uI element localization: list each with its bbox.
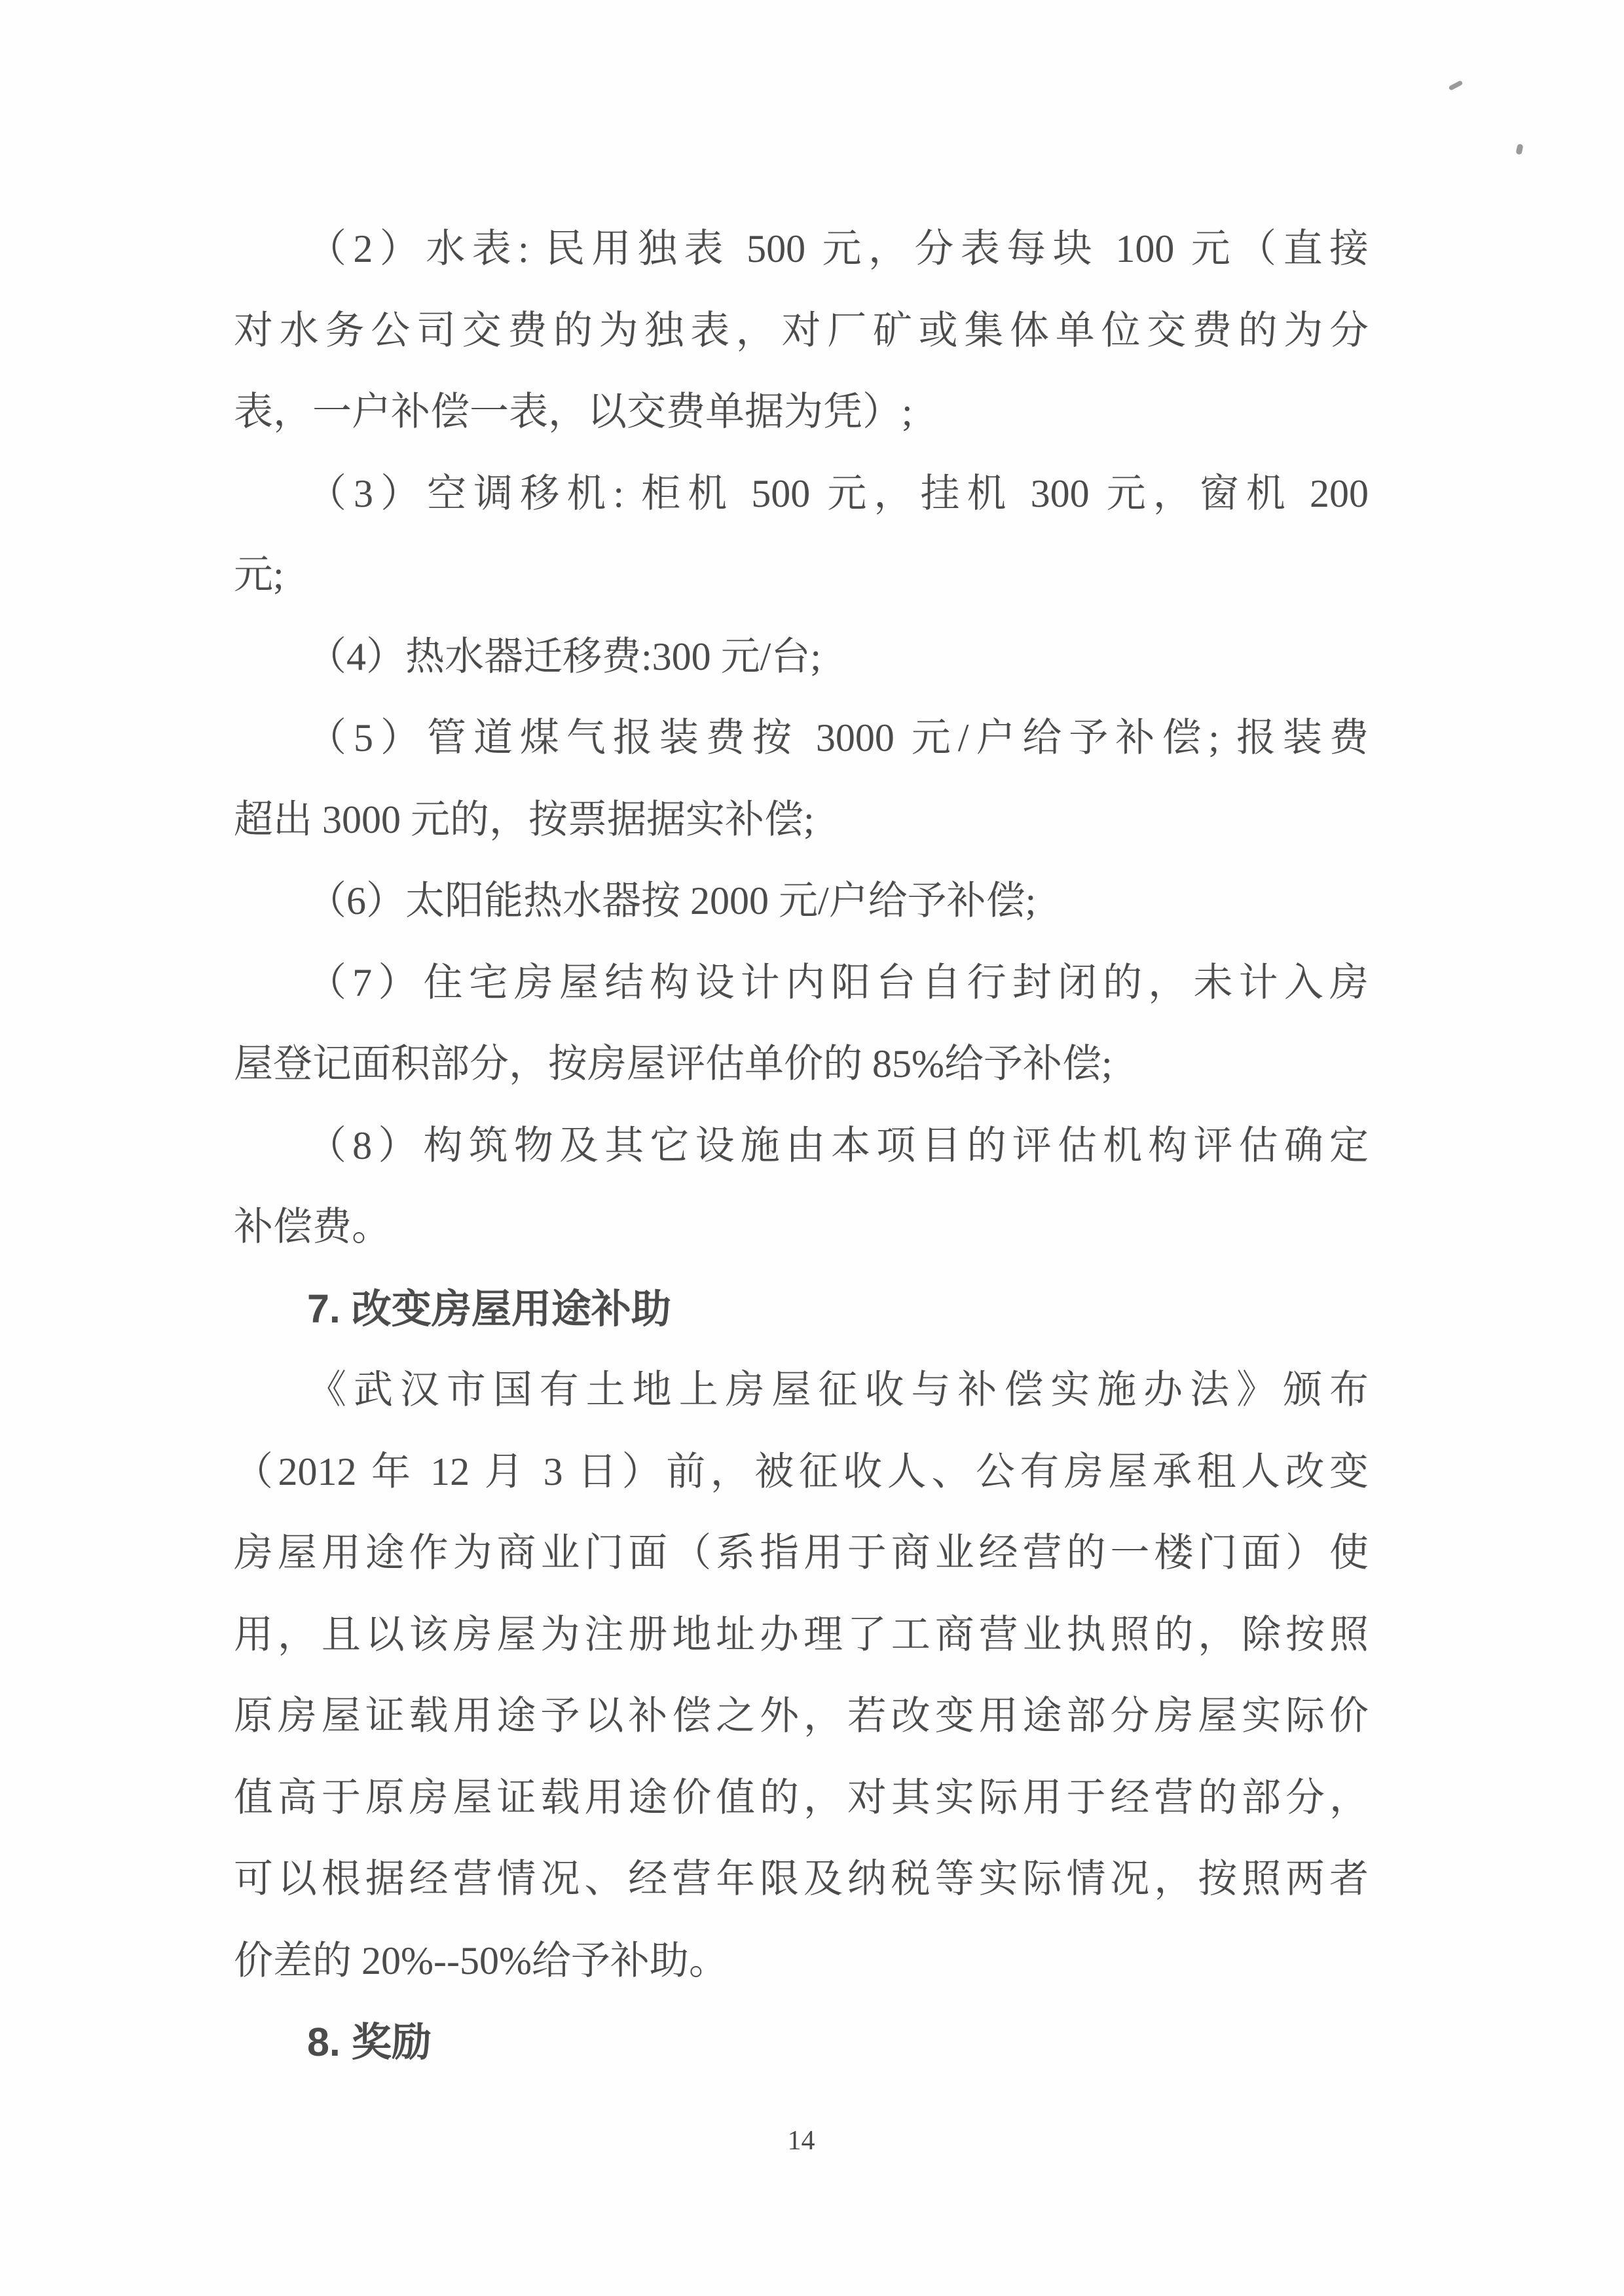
page-number: 14: [234, 2121, 1369, 2160]
text-line: 房屋用途作为商业门面（系指用于商业经营的一楼门面）使: [234, 1512, 1369, 1594]
text-line: （8）构筑物及其它设施由本项目的评估机构评估确定: [234, 1105, 1369, 1187]
text-line: 元;: [234, 534, 1369, 616]
text-line: （5）管道煤气报装费按 3000 元/户给予补偿; 报装费: [234, 697, 1369, 779]
text-line: 对水务公司交费的为独表，对厂矿或集体单位交费的为分: [234, 290, 1369, 372]
text-line: 补偿费。: [234, 1186, 1369, 1268]
text-line: （6）太阳能热水器按 2000 元/户给予补偿;: [234, 860, 1369, 942]
text-line: 表，一户补偿一表，以交费单据为凭）;: [234, 371, 1369, 453]
text-line: 值高于原房屋证载用途价值的，对其实际用于经营的部分，: [234, 1757, 1369, 1839]
text-line: 可以根据经营情况、经营年限及纳税等实际情况，按照两者: [234, 1838, 1369, 1920]
text-line: 价差的 20%--50%给予补助。: [234, 1920, 1369, 2002]
text-line: 用，且以该房屋为注册地址办理了工商营业执照的，除按照: [234, 1594, 1369, 1676]
document-page: （2）水表: 民用独表 500 元，分表每块 100 元（直接对水务公司交费的为…: [0, 0, 1624, 2296]
section-heading: 8. 奖励: [234, 2001, 1369, 2083]
text-line: （3）空调移机: 柜机 500 元，挂机 300 元，窗机 200: [234, 453, 1369, 535]
scan-speck-icon: [1449, 80, 1464, 91]
text-line: （7）住宅房屋结构设计内阳台自行封闭的，未计入房: [234, 942, 1369, 1024]
text-line: （2）水表: 民用独表 500 元，分表每块 100 元（直接: [234, 208, 1369, 290]
text-line: 屋登记面积部分，按房屋评估单价的 85%给予补偿;: [234, 1023, 1369, 1105]
text-line: （4）热水器迁移费:300 元/台;: [234, 616, 1369, 698]
scan-speck-icon: [1515, 143, 1523, 155]
section-heading: 7. 改变房屋用途补助: [234, 1268, 1369, 1350]
text-line: 原房屋证载用途予以补偿之外，若改变用途部分房屋实际价: [234, 1675, 1369, 1757]
body-text: （2）水表: 民用独表 500 元，分表每块 100 元（直接对水务公司交费的为…: [234, 208, 1369, 2083]
text-line: 《武汉市国有土地上房屋征收与补偿实施办法》颁布: [234, 1349, 1369, 1431]
text-line: （2012 年 12 月 3 日）前，被征收人、公有房屋承租人改变: [234, 1431, 1369, 1513]
text-line: 超出 3000 元的，按票据据实补偿;: [234, 779, 1369, 861]
